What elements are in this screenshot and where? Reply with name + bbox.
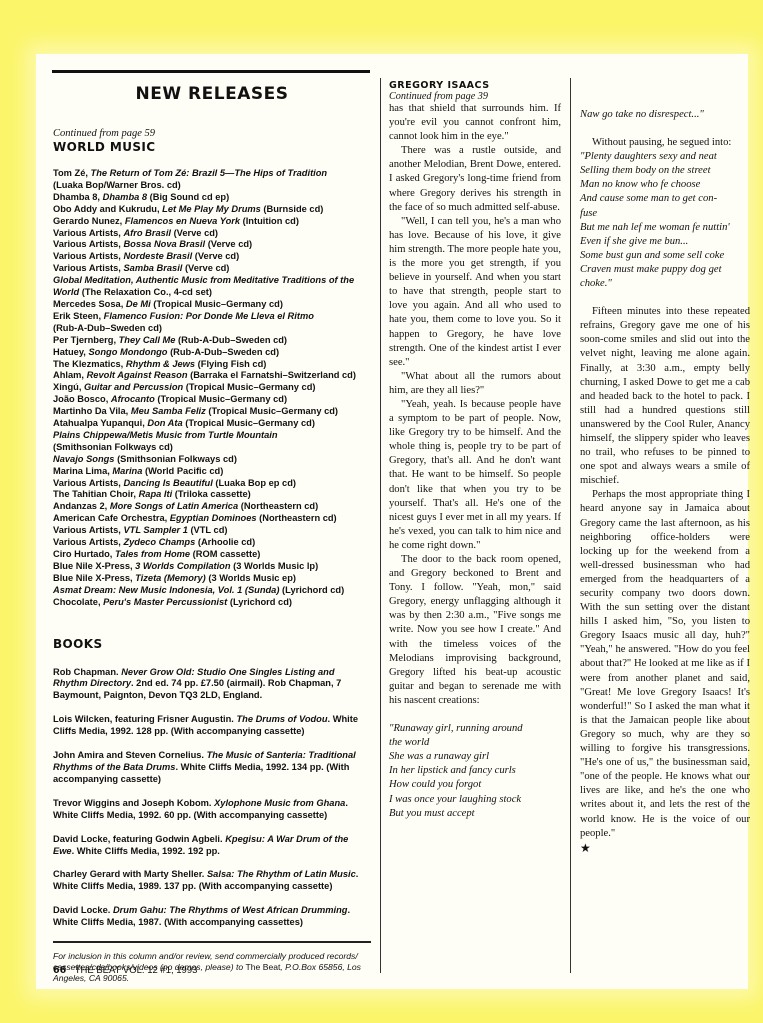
end-star-icon: ★ (580, 841, 750, 855)
list-item: Various Artists, Dancing Is Beautiful (L… (53, 478, 371, 490)
column-divider (380, 78, 381, 973)
release-label: (Rub-A-Dub–Sweden cd) (167, 347, 279, 357)
release-label: (Intuition cd) (240, 216, 299, 226)
release-title: Revolt Against Reason (87, 370, 188, 380)
list-item: Navajo Songs (Smithsonian Folkways cd) (53, 454, 371, 466)
page-title: NEW RELEASES (53, 84, 371, 104)
release-label: (The Relaxation Co., 4-cd set) (79, 287, 212, 297)
release-artist: American Cafe Orchestra, (53, 513, 170, 523)
release-title: Plains Chippewa/Metis Music from Turtle … (53, 430, 278, 440)
list-item: American Cafe Orchestra, Egyptian Domino… (53, 513, 371, 525)
release-label: (Luaka Bop/Warner Bros. cd) (53, 180, 181, 190)
release-title: Zydeco Champs (123, 537, 195, 547)
release-title: Asmat Dream: New Music Indonesia, Vol. 1… (53, 585, 279, 595)
list-item: Erik Steen, Flamenco Fusion: Por Donde M… (53, 311, 371, 323)
article-column-middle: GREGORY ISAACS Continued from page 39 ha… (389, 80, 561, 821)
release-artist: Various Artists, (53, 228, 123, 238)
release-label: (World Pacific cd) (142, 466, 223, 476)
list-item: (Rub-A-Dub–Sweden cd) (53, 323, 371, 335)
release-artist: João Bosco, (53, 394, 111, 404)
release-title: Egyptian Dominoes (170, 513, 257, 523)
release-label: (Tropical Music–Germany cd) (151, 299, 283, 309)
release-label: (Verve cd) (192, 251, 239, 261)
release-title: Flamencos en Nueva York (125, 216, 240, 226)
release-artist: Ahlam, (53, 370, 87, 380)
book-entry: David Locke, featuring Godwin Agbeli. Kp… (53, 834, 371, 858)
list-item: Global Meditation, Authentic Music from … (53, 275, 371, 287)
book-entry: Charley Gerard with Marty Sheller. Salsa… (53, 869, 371, 893)
list-item: Blue Nile X-Press, 3 Worlds Compilation … (53, 561, 371, 573)
release-title: Meu Samba Feliz (131, 406, 206, 416)
lyrics-block-2: "Plenty daughters sexy and neatSelling t… (580, 150, 750, 291)
release-title: Rapa Iti (139, 489, 173, 499)
release-artist: Blue Nile X-Press, (53, 573, 135, 583)
release-artist: Blue Nile X-Press, (53, 561, 135, 571)
release-label: (VTL cd) (188, 525, 228, 535)
list-item: Per Tjernberg, They Call Me (Rub-A-Dub–S… (53, 335, 371, 347)
release-artist: Andanzas 2, (53, 501, 110, 511)
release-artist: Various Artists, (53, 251, 123, 261)
release-title: Navajo Songs (53, 454, 114, 464)
lyric-line: And cause some man to get con- (580, 192, 750, 206)
book-title: Salsa: The Rhythm of Latin Music (207, 869, 356, 879)
release-title: World (53, 287, 79, 297)
release-artist: Various Artists, (53, 239, 123, 249)
publication-info: THE BEAT VOL. 12 #1, 1993 (75, 965, 198, 976)
release-title: Rhythm & Jews (126, 359, 195, 369)
book-author: Charley Gerard with Marty Sheller. (53, 869, 207, 879)
article-body-middle: has that shield that surrounds him. If y… (389, 102, 561, 708)
release-title: Nordeste Brasil (123, 251, 192, 261)
list-item: Ciro Hurtado, Tales from Home (ROM casse… (53, 549, 371, 561)
lyric-line: I was once your laughing stock (389, 793, 561, 807)
lyric-line: Selling them body on the street (580, 164, 750, 178)
list-item: Hatuey, Songo Mondongo (Rub-A-Dub–Sweden… (53, 347, 371, 359)
lyric-line: In her lipstick and fancy curls (389, 764, 561, 778)
section-heading-world-music: WORLD MUSIC (53, 140, 371, 154)
release-title: Samba Brasil (123, 263, 182, 273)
article-continued-note: Continued from page 39 (389, 91, 561, 102)
release-label: (Luaka Bop ep cd) (213, 478, 296, 488)
release-label: (Triloka cassette) (172, 489, 251, 499)
release-artist: Mercedes Sosa, (53, 299, 126, 309)
release-title: Global Meditation, Authentic Music from … (53, 275, 354, 285)
lyric-line: "Runaway girl, running around (389, 722, 561, 736)
release-title: Marina (112, 466, 142, 476)
continued-note: Continued from page 59 (53, 128, 371, 139)
release-title: Guitar and Percussion (84, 382, 183, 392)
lyric-line: "Plenty daughters sexy and neat (580, 150, 750, 164)
release-artist: Martinho Da Vila, (53, 406, 131, 416)
release-label: (Northeastern cd) (257, 513, 337, 523)
list-item: Gerardo Nunez, Flamencos en Nueva York (… (53, 216, 371, 228)
list-item: Various Artists, Samba Brasil (Verve cd) (53, 263, 371, 275)
lyric-line: Naw go take no disrespect..." (580, 108, 750, 122)
release-label: (Northeastern cd) (238, 501, 318, 511)
release-label: (Barraka el Farnatshi–Switzerland cd) (188, 370, 356, 380)
article-heading: GREGORY ISAACS (389, 80, 561, 91)
release-label: (Rub-A-Dub–Sweden cd) (53, 323, 162, 333)
release-artist: Chocolate, (53, 597, 103, 607)
release-artist: The Tahitian Choir, (53, 489, 139, 499)
top-rule (52, 70, 370, 73)
release-title: Songo Mondongo (88, 347, 167, 357)
release-title: Bossa Nova Brasil (123, 239, 205, 249)
release-artist: Various Artists, (53, 537, 123, 547)
release-title: Afrocanto (111, 394, 155, 404)
list-item: Plains Chippewa/Metis Music from Turtle … (53, 430, 371, 442)
lyrics-block-1: "Runaway girl, running aroundthe worldSh… (389, 722, 561, 821)
list-item: The Klezmatics, Rhythm & Jews (Flying Fi… (53, 359, 371, 371)
book-entry: David Locke. Drum Gahu: The Rhythms of W… (53, 905, 371, 929)
lyric-line: the world (389, 736, 561, 750)
list-item: The Tahitian Choir, Rapa Iti (Triloka ca… (53, 489, 371, 501)
release-artist: Various Artists, (53, 525, 123, 535)
article-paragraph: The door to the back room opened, and Gr… (389, 553, 561, 708)
lyric-line: But me nah lef me woman fe nuttin' (580, 221, 750, 235)
book-entry: John Amira and Steven Cornelius. The Mus… (53, 750, 371, 786)
release-title: Afro Brasil (123, 228, 171, 238)
page-number: 66 (53, 965, 66, 976)
book-details: . White Cliffs Media, 1992. 192 pp. (72, 846, 220, 856)
list-item: (Smithsonian Folkways cd) (53, 442, 371, 454)
release-artist: Gerardo Nunez, (53, 216, 125, 226)
release-artist: Xingú, (53, 382, 84, 392)
list-item: (Luaka Bop/Warner Bros. cd) (53, 180, 371, 192)
release-label: (Flying Fish cd) (195, 359, 266, 369)
release-title: Flamenco Fusion: Por Donde Me Lleva el R… (104, 311, 314, 321)
release-artist: Obo Addy and Kukrudu, (53, 204, 162, 214)
book-entry: Rob Chapman. Never Grow Old: Studio One … (53, 667, 371, 703)
article-paragraph: "Well, I can tell you, he's a man who ha… (389, 215, 561, 370)
book-title: Drum Gahu: The Rhythms of West African D… (113, 905, 348, 915)
release-label: (Smithsonian Folkways cd) (53, 442, 173, 452)
release-artist: Marina Lima, (53, 466, 112, 476)
book-author: Trevor Wiggins and Joseph Kobom. (53, 798, 214, 808)
release-label: (Tropical Music–Germany cd) (206, 406, 338, 416)
list-item: João Bosco, Afrocanto (Tropical Music–Ge… (53, 394, 371, 406)
release-label: (3 Worlds Music lp) (231, 561, 319, 571)
release-title: De Mi (126, 299, 151, 309)
list-item: Various Artists, Bossa Nova Brasil (Verv… (53, 239, 371, 251)
release-title: Dancing Is Beautiful (123, 478, 212, 488)
book-title: The Drums of Vodou (236, 714, 327, 724)
release-label: (Lyrichord cd) (279, 585, 344, 595)
release-title: The Return of Tom Zé: Brazil 5—The Hips … (91, 168, 328, 178)
list-item: Atahualpa Yupanqui, Don Ata (Tropical Mu… (53, 418, 371, 430)
release-title: Tizeta (Memory) (135, 573, 206, 583)
lyrics-block-1-end: Naw go take no disrespect..." (580, 108, 750, 122)
release-title: Don Ata (147, 418, 182, 428)
list-item: Obo Addy and Kukrudu, Let Me Play My Dru… (53, 204, 371, 216)
article-paragraph: There was a rustle outside, and another … (389, 144, 561, 214)
list-item: Blue Nile X-Press, Tizeta (Memory) (3 Wo… (53, 573, 371, 585)
release-title: More Songs of Latin America (110, 501, 238, 511)
section-heading-books: BOOKS (53, 637, 371, 651)
list-item: Marina Lima, Marina (World Pacific cd) (53, 466, 371, 478)
lyric-line: Craven must make puppy dog get (580, 263, 750, 277)
book-author: David Locke. (53, 905, 113, 915)
release-title: They Call Me (119, 335, 176, 345)
page-footer: 66 THE BEAT VOL. 12 #1, 1993 (53, 965, 197, 976)
release-label: (Smithsonian Folkways cd) (114, 454, 236, 464)
list-item: Dhamba 8, Dhamba 8 (Big Sound cd ep) (53, 192, 371, 204)
lyric-line: Man no know who fe choose (580, 178, 750, 192)
release-label: (Verve cd) (205, 239, 252, 249)
list-item: Various Artists, Nordeste Brasil (Verve … (53, 251, 371, 263)
release-artist: Ciro Hurtado, (53, 549, 115, 559)
list-item: Ahlam, Revolt Against Reason (Barraka el… (53, 370, 371, 382)
book-title: Xylophone Music from Ghana (214, 798, 345, 808)
book-author: David Locke, featuring Godwin Agbeli. (53, 834, 225, 844)
release-title: 3 Worlds Compilation (135, 561, 230, 571)
release-label: (Tropical Music–Germany cd) (155, 394, 287, 404)
lyric-line: Even if she give me bun... (580, 235, 750, 249)
list-item: Various Artists, VTL Sampler 1 (VTL cd) (53, 525, 371, 537)
list-item: World (The Relaxation Co., 4-cd set) (53, 287, 371, 299)
article-paragraph: has that shield that surrounds him. If y… (389, 102, 561, 144)
segue-paragraph: Without pausing, he segued into: (580, 136, 750, 150)
article-paragraph: "Yeah, yeah. Is because people have a sy… (389, 398, 561, 553)
release-label: (ROM cassette) (190, 549, 260, 559)
list-item: Martinho Da Vila, Meu Samba Feliz (Tropi… (53, 406, 371, 418)
book-author: John Amira and Steven Cornelius. (53, 750, 207, 760)
release-label: (Arhoolie cd) (195, 537, 255, 547)
list-item: Mercedes Sosa, De Mi (Tropical Music–Ger… (53, 299, 371, 311)
lyric-line: fuse (580, 207, 750, 221)
list-item: Chocolate, Peru's Master Percussionist (… (53, 597, 371, 609)
release-artist: Various Artists, (53, 263, 123, 273)
bottom-rule (53, 941, 371, 943)
release-title: Peru's Master Percussionist (103, 597, 227, 607)
lyric-line: Some bust gun and some sell coke (580, 249, 750, 263)
world-music-list: Tom Zé, The Return of Tom Zé: Brazil 5—T… (53, 168, 371, 609)
lyric-line: choke." (580, 277, 750, 291)
lyric-line: But you must accept (389, 807, 561, 821)
book-entry: Trevor Wiggins and Joseph Kobom. Xylopho… (53, 798, 371, 822)
release-label: (Verve cd) (182, 263, 229, 273)
book-list: Rob Chapman. Never Grow Old: Studio One … (53, 667, 371, 930)
list-item: Andanzas 2, More Songs of Latin America … (53, 501, 371, 513)
release-label: (Verve cd) (171, 228, 218, 238)
column-divider (570, 78, 571, 973)
release-title: VTL Sampler 1 (123, 525, 187, 535)
release-label: (Burnside cd) (261, 204, 324, 214)
book-entry: Lois Wilcken, featuring Frisner Augustin… (53, 714, 371, 738)
article-paragraph: Fifteen minutes into these repeated refr… (580, 305, 750, 488)
book-author: Lois Wilcken, featuring Frisner Augustin… (53, 714, 236, 724)
release-artist: Hatuey, (53, 347, 88, 357)
release-artist: Atahualpa Yupanqui, (53, 418, 147, 428)
release-artist: Dhamba 8, (53, 192, 103, 202)
list-item: Xingú, Guitar and Percussion (Tropical M… (53, 382, 371, 394)
release-label: (Tropical Music–Germany cd) (183, 382, 315, 392)
release-label: (Tropical Music–Germany cd) (183, 418, 315, 428)
list-item: Asmat Dream: New Music Indonesia, Vol. 1… (53, 585, 371, 597)
new-releases-column: NEW RELEASES Continued from page 59 WORL… (53, 80, 371, 984)
release-artist: The Klezmatics, (53, 359, 126, 369)
article-paragraph: Perhaps the most appropriate thing I hea… (580, 488, 750, 840)
list-item: Various Artists, Afro Brasil (Verve cd) (53, 228, 371, 240)
list-item: Tom Zé, The Return of Tom Zé: Brazil 5—T… (53, 168, 371, 180)
book-author: Rob Chapman. (53, 667, 121, 677)
lyric-line: She was a runaway girl (389, 750, 561, 764)
release-label: (Rub-A-Dub–Sweden cd) (175, 335, 287, 345)
lyric-line: How could you forgot (389, 778, 561, 792)
article-paragraph: "What about all the rumors about him, ar… (389, 370, 561, 398)
release-artist: Erik Steen, (53, 311, 104, 321)
release-artist: Tom Zé, (53, 168, 91, 178)
release-title: Let Me Play My Drums (162, 204, 261, 214)
article-column-right: Naw go take no disrespect..." Without pa… (580, 108, 750, 855)
release-artist: Per Tjernberg, (53, 335, 119, 345)
list-item: Various Artists, Zydeco Champs (Arhoolie… (53, 537, 371, 549)
release-label: (3 Worlds Music ep) (206, 573, 296, 583)
release-title: Tales from Home (115, 549, 190, 559)
release-artist: Various Artists, (53, 478, 123, 488)
article-body-right: Fifteen minutes into these repeated refr… (580, 305, 750, 841)
release-label: (Lyrichord cd) (227, 597, 292, 607)
release-label: (Big Sound cd ep) (147, 192, 229, 202)
release-title: Dhamba 8 (103, 192, 147, 202)
